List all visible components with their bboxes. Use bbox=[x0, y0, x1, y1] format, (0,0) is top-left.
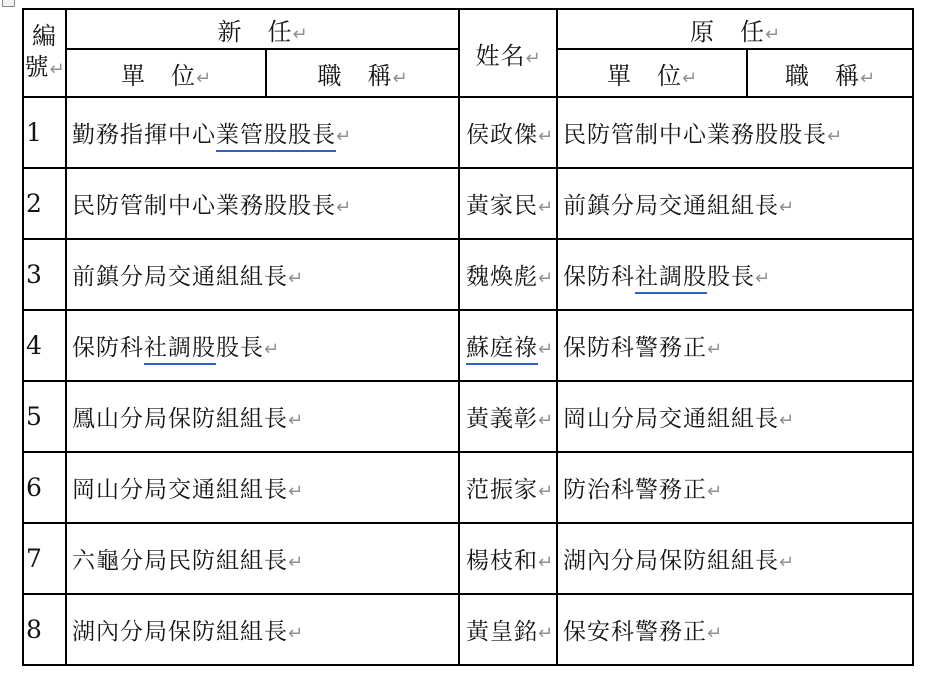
cell-end-mark: ↵ bbox=[538, 197, 553, 218]
cell-end-mark: ↵ bbox=[49, 59, 64, 80]
header-cell-name[interactable]: 姓名↵ bbox=[459, 9, 557, 97]
text-segment: 范振家 bbox=[466, 477, 538, 503]
header-name-label: 姓名 bbox=[475, 42, 525, 70]
underlined-segment: 社調股 bbox=[635, 264, 707, 294]
original-post-cell[interactable]: 岡山分局交通組組長↵ bbox=[557, 381, 913, 452]
name-cell[interactable]: 蘇庭祿↵ bbox=[459, 310, 557, 381]
text-segment: 股長 bbox=[216, 335, 264, 361]
text-segment: 保安科警務正 bbox=[563, 619, 707, 645]
text-segment: 岡山分局交通組組長 bbox=[563, 406, 779, 432]
cell-end-mark: ↵ bbox=[779, 197, 794, 218]
table-row: 3 前鎮分局交通組組長↵ 魏煥彪↵ 保防科社調股股長↵ bbox=[23, 239, 913, 310]
original-post-cell[interactable]: 前鎮分局交通組組長↵ bbox=[557, 168, 913, 239]
original-post-cell[interactable]: 民防管制中心業務股股長↵ bbox=[557, 97, 913, 168]
cell-end-mark: ↵ bbox=[707, 481, 722, 502]
cell-end-mark: ↵ bbox=[288, 410, 303, 431]
cell-end-mark: ↵ bbox=[288, 481, 303, 502]
row-number: 4 bbox=[26, 331, 42, 360]
text-segment: 湖內分局保防組組長 bbox=[72, 619, 288, 645]
underlined-segment: 業管股股長 bbox=[216, 122, 336, 152]
row-number-cell[interactable]: 5 bbox=[23, 381, 66, 452]
header-new-title-label: 職 稱 bbox=[317, 62, 392, 90]
table-row: 4 保防科社調股股長↵ 蘇庭祿↵ 保防科警務正↵ bbox=[23, 310, 913, 381]
cell-end-mark: ↵ bbox=[538, 410, 553, 431]
row-number: 8 bbox=[26, 615, 42, 644]
cell-end-mark: ↵ bbox=[525, 48, 540, 69]
header-original-post-label: 原 任 bbox=[690, 18, 765, 46]
text-segment: 保防科 bbox=[72, 335, 144, 361]
header-new-unit-label: 單 位 bbox=[121, 62, 196, 90]
header-cell-original-post[interactable]: 原 任↵ bbox=[557, 9, 913, 49]
table-row: 1 勤務指揮中心業管股股長↵ 侯政傑↵ 民防管制中心業務股股長↵ bbox=[23, 97, 913, 168]
text-segment: 勤務指揮中心 bbox=[72, 122, 216, 148]
name-cell[interactable]: 黃皇銘↵ bbox=[459, 594, 557, 665]
text-segment: 前鎮分局交通組組長 bbox=[72, 264, 288, 290]
name-cell[interactable]: 范振家↵ bbox=[459, 452, 557, 523]
cell-end-mark: ↵ bbox=[264, 339, 279, 360]
text-segment: 湖內分局保防組組長 bbox=[563, 548, 779, 574]
row-number: 1 bbox=[26, 118, 42, 147]
row-number-cell[interactable]: 7 bbox=[23, 523, 66, 594]
name-cell[interactable]: 魏煥彪↵ bbox=[459, 239, 557, 310]
cell-end-mark: ↵ bbox=[196, 68, 211, 89]
cell-end-mark: ↵ bbox=[827, 126, 842, 147]
cell-end-mark: ↵ bbox=[288, 552, 303, 573]
text-segment: 保防科警務正 bbox=[563, 335, 707, 361]
underlined-segment: 社調股 bbox=[144, 335, 216, 365]
original-post-cell[interactable]: 保防科社調股股長↵ bbox=[557, 239, 913, 310]
text-segment: 民防管制中心業務股股長 bbox=[563, 122, 827, 148]
personnel-transfer-table: 編 號↵ 新 任↵ 姓名↵ 原 任↵ 單 位↵ 職 稱↵ bbox=[22, 8, 914, 666]
header-new-post-label: 新 任 bbox=[217, 18, 292, 46]
cell-end-mark: ↵ bbox=[765, 24, 780, 45]
row-number-cell[interactable]: 6 bbox=[23, 452, 66, 523]
table-row: 2 民防管制中心業務股股長↵ 黃家民↵ 前鎮分局交通組組長↵ bbox=[23, 168, 913, 239]
row-number: 7 bbox=[26, 544, 42, 573]
original-post-cell[interactable]: 保防科警務正↵ bbox=[557, 310, 913, 381]
row-number-cell[interactable]: 8 bbox=[23, 594, 66, 665]
header-cell-new-title[interactable]: 職 稱↵ bbox=[266, 49, 459, 97]
row-number: 2 bbox=[26, 189, 42, 218]
table-row: 8 湖內分局保防組組長↵ 黃皇銘↵ 保安科警務正↵ bbox=[23, 594, 913, 665]
underlined-segment: 蘇庭祿 bbox=[466, 335, 538, 365]
header-number-line1: 編 bbox=[24, 21, 65, 52]
document-page: ↵ 編 號↵ 新 任↵ 姓名↵ bbox=[0, 0, 934, 695]
cell-end-mark: ↵ bbox=[860, 68, 875, 89]
text-segment: 黃家民 bbox=[466, 193, 538, 219]
row-number: 3 bbox=[26, 260, 42, 289]
cell-end-mark: ↵ bbox=[707, 623, 722, 644]
original-post-cell[interactable]: 保安科警務正↵ bbox=[557, 594, 913, 665]
table-move-handle-icon[interactable] bbox=[2, 0, 15, 7]
table-row: 5 鳳山分局保防組組長↵ 黃義彰↵ 岡山分局交通組組長↵ bbox=[23, 381, 913, 452]
cell-end-mark: ↵ bbox=[292, 24, 307, 45]
cell-end-mark: ↵ bbox=[392, 68, 407, 89]
cell-end-mark: ↵ bbox=[755, 268, 770, 289]
header-cell-number[interactable]: 編 號↵ bbox=[23, 9, 66, 97]
text-segment: 防治科警務正 bbox=[563, 477, 707, 503]
new-post-cell[interactable]: 鳳山分局保防組組長↵ bbox=[66, 381, 459, 452]
cell-end-mark: ↵ bbox=[779, 552, 794, 573]
header-cell-new-unit[interactable]: 單 位↵ bbox=[66, 49, 266, 97]
header-original-title-label: 職 稱 bbox=[785, 62, 860, 90]
table-row: 7 六龜分局民防組組長↵ 楊枝和↵ 湖內分局保防組組長↵ bbox=[23, 523, 913, 594]
name-cell[interactable]: 黃義彰↵ bbox=[459, 381, 557, 452]
new-post-cell[interactable]: 前鎮分局交通組組長↵ bbox=[66, 239, 459, 310]
cell-end-mark: ↵ bbox=[538, 481, 553, 502]
cell-end-mark: ↵ bbox=[707, 339, 722, 360]
header-cell-original-title[interactable]: 職 稱↵ bbox=[747, 49, 913, 97]
name-cell[interactable]: 楊枝和↵ bbox=[459, 523, 557, 594]
text-segment: 魏煥彪 bbox=[466, 264, 538, 290]
new-post-cell[interactable]: 勤務指揮中心業管股股長↵ bbox=[66, 97, 459, 168]
cell-end-mark: ↵ bbox=[538, 552, 553, 573]
text-segment: 前鎮分局交通組組長 bbox=[563, 193, 779, 219]
header-original-unit-label: 單 位 bbox=[607, 62, 682, 90]
original-post-cell[interactable]: 防治科警務正↵ bbox=[557, 452, 913, 523]
cell-end-mark: ↵ bbox=[336, 126, 351, 147]
text-segment: 黃義彰 bbox=[466, 406, 538, 432]
cell-end-mark: ↵ bbox=[538, 126, 553, 147]
cell-end-mark: ↵ bbox=[336, 197, 351, 218]
cell-end-mark: ↵ bbox=[538, 339, 553, 360]
row-number-cell[interactable]: 1 bbox=[23, 97, 66, 168]
header-cell-original-unit[interactable]: 單 位↵ bbox=[557, 49, 747, 97]
text-segment: 黃皇銘 bbox=[466, 619, 538, 645]
table-row: 6 岡山分局交通組組長↵ 范振家↵ 防治科警務正↵ bbox=[23, 452, 913, 523]
cell-end-mark: ↵ bbox=[538, 268, 553, 289]
header-number-line2: 號↵ bbox=[24, 52, 65, 85]
paragraph-mark-icon: ↵ bbox=[332, 0, 352, 6]
text-segment: 岡山分局交通組組長 bbox=[72, 477, 288, 503]
row-number: 5 bbox=[26, 402, 42, 431]
cell-end-mark: ↵ bbox=[538, 623, 553, 644]
cell-end-mark: ↵ bbox=[779, 410, 794, 431]
text-segment: 保防科 bbox=[563, 264, 635, 290]
cell-end-mark: ↵ bbox=[288, 623, 303, 644]
original-post-cell[interactable]: 湖內分局保防組組長↵ bbox=[557, 523, 913, 594]
name-cell[interactable]: 侯政傑↵ bbox=[459, 97, 557, 168]
row-number-cell[interactable]: 4 bbox=[23, 310, 66, 381]
name-cell[interactable]: 黃家民↵ bbox=[459, 168, 557, 239]
text-segment: 民防管制中心業務股股長 bbox=[72, 193, 336, 219]
text-segment: 六龜分局民防組組長 bbox=[72, 548, 288, 574]
new-post-cell[interactable]: 民防管制中心業務股股長↵ bbox=[66, 168, 459, 239]
text-segment: 楊枝和 bbox=[466, 548, 538, 574]
row-number-cell[interactable]: 3 bbox=[23, 239, 66, 310]
text-segment: 侯政傑 bbox=[466, 122, 538, 148]
new-post-cell[interactable]: 湖內分局保防組組長↵ bbox=[66, 594, 459, 665]
new-post-cell[interactable]: 六龜分局民防組組長↵ bbox=[66, 523, 459, 594]
cell-end-mark: ↵ bbox=[682, 68, 697, 89]
header-cell-new-post[interactable]: 新 任↵ bbox=[66, 9, 459, 49]
row-number: 6 bbox=[26, 473, 42, 502]
new-post-cell[interactable]: 岡山分局交通組組長↵ bbox=[66, 452, 459, 523]
row-number-cell[interactable]: 2 bbox=[23, 168, 66, 239]
text-segment: 股長 bbox=[707, 264, 755, 290]
text-segment: 鳳山分局保防組組長 bbox=[72, 406, 288, 432]
cell-end-mark: ↵ bbox=[288, 268, 303, 289]
new-post-cell[interactable]: 保防科社調股股長↵ bbox=[66, 310, 459, 381]
